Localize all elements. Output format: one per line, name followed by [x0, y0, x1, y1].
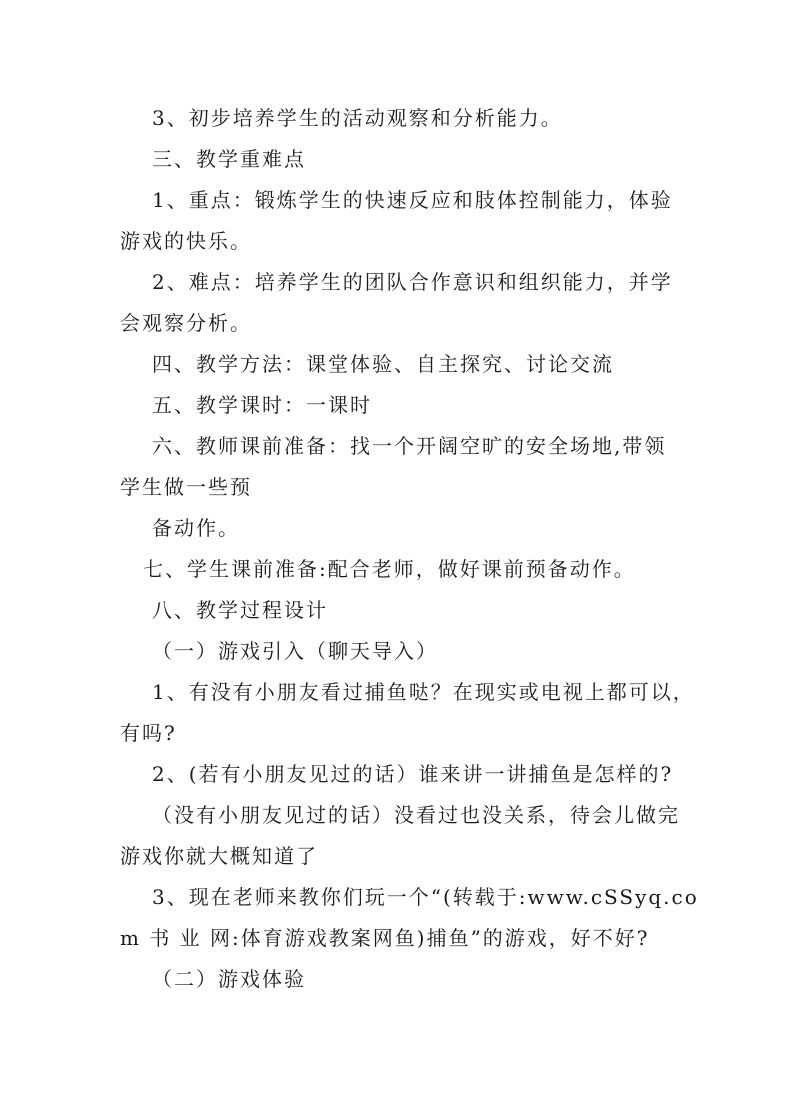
text-line: 1、重点：锻炼学生的快速反应和肢体控制能力，体验 [152, 188, 673, 212]
text-line: （二）游戏体验 [152, 967, 306, 991]
document-page: 3、初步培养学生的活动观察和分析能力。三、教学重难点1、重点：锻炼学生的快速反应… [0, 0, 792, 1120]
text-line: 2、(若有小朋友见过的话）谁来讲一讲捕鱼是怎样的? [152, 762, 673, 786]
text-line: 八、教学过程设计 [152, 598, 328, 622]
text-line: 游戏的快乐。 [120, 229, 252, 253]
text-line: m 书 业 网:体育游戏教案网鱼)捕鱼”的游戏，好不好? [120, 926, 650, 950]
text-line: 游戏你就大概知道了 [120, 844, 318, 868]
text-line: 有吗? [120, 721, 177, 745]
text-line: 备动作。 [152, 516, 240, 540]
text-line: 会观察分析。 [120, 311, 252, 335]
text-line: （一）游戏引入（聊天导入） [152, 639, 438, 663]
text-line: 四、教学方法：课堂体验、自主探究、讨论交流 [152, 352, 614, 376]
text-line: 1、有没有小朋友看过捕鱼哒？在现实或电视上都可以， [152, 680, 695, 704]
text-line: 3、初步培养学生的活动观察和分析能力。 [152, 106, 563, 130]
text-line: 学生做一些预 [120, 475, 252, 499]
text-line: 七、学生课前准备:配合老师，做好课前预备动作。 [143, 557, 636, 581]
text-line: 3、现在老师来教你们玩一个“(转载于:www.cSSyq.co [152, 885, 699, 909]
text-line: （没有小朋友见过的话）没看过也没关系，待会儿做完 [152, 803, 680, 827]
text-line: 六、教师课前准备：找一个开阔空旷的安全场地,带领 [152, 434, 666, 458]
text-line: 2、难点：培养学生的团队合作意识和组织能力，并学 [152, 270, 673, 294]
text-line: 三、教学重难点 [152, 147, 306, 171]
text-line: 五、教学课时：一课时 [152, 393, 372, 417]
